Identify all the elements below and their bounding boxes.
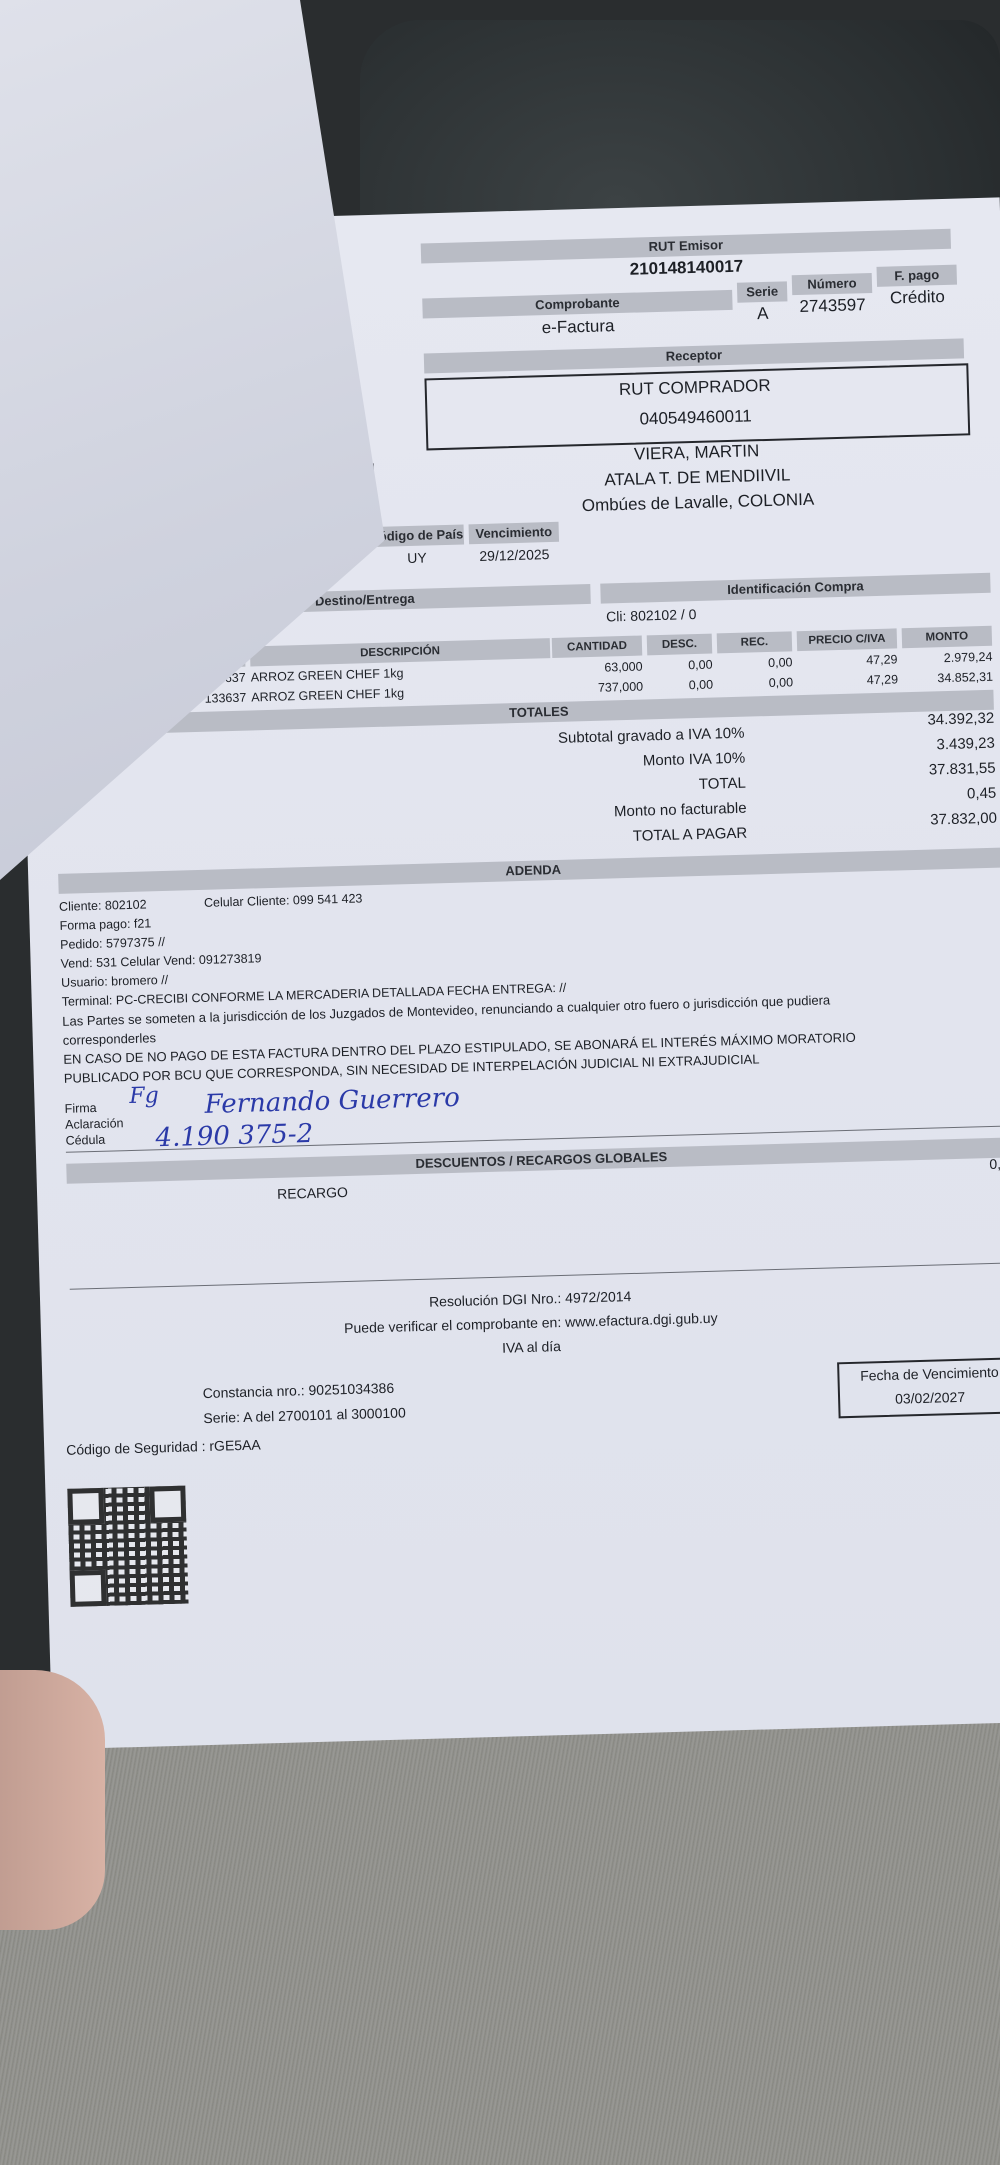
qr-code [67,1486,188,1607]
aclaracion-handwritten: Fernando Guerrero [204,1083,460,1120]
signature-scribble: Fg [129,1083,159,1109]
fpago-value: Crédito [877,287,958,309]
table-cell: 63,000 [552,660,642,677]
adenda-line: Vend: 531 Celular Vend: 091273819 [60,951,261,971]
codigo-seguridad: Código de Seguridad : rGE5AA [66,1436,261,1457]
fpago-header: F. pago [877,265,958,287]
rut-emisor-label: RUT Emisor [648,237,723,254]
total-value: 34.392,32 [824,710,994,732]
numero-header: Número [792,273,873,295]
recargo-label: RECARGO [277,1184,348,1202]
table-cell: ARROZ GREEN CHEF 1kg [251,682,551,704]
items-col-header: CANTIDAD [552,636,643,659]
vencimiento-header: Vencimiento [469,522,560,545]
recargo-value: 0,45 [936,1155,1000,1173]
table-cell: 737,000 [553,680,643,697]
total-label: Monto no facturable [446,800,746,825]
adenda-line: Usuario: bromero // [61,973,168,990]
compra-value: Cli: 802102 / 0 [606,606,697,625]
constancia: Constancia nro.: 90251034386 [202,1380,394,1401]
adenda-line: Cliente: 802102 [59,897,147,913]
serie-value: A [738,303,789,324]
footer-divider [70,1262,1000,1290]
table-cell: 0,00 [718,675,793,691]
vencimiento-value: 29/12/2025 [469,546,559,565]
numero-value: 2743597 [792,295,873,317]
total-label: TOTAL [446,775,746,800]
table-cell: ARROZ GREEN CHEF 1kg [251,662,551,684]
items-col-header: PRECIO C/IVA [797,628,898,651]
table-cell: 0,00 [647,658,712,674]
items-col-header: DESC. [647,634,713,656]
cedula-label: Cédula [65,1133,105,1148]
thumb [0,1670,105,1930]
table-cell: 47,29 [797,652,897,669]
aclaracion-label: Aclaración [65,1116,124,1132]
total-label: TOTAL A PAGAR [447,825,747,850]
total-value: 3.439,23 [825,735,995,757]
items-col-header: MONTO [902,626,993,649]
adenda-line: corresponderles [63,1030,157,1048]
firma-label: Firma [65,1101,97,1116]
serie-header: Serie [737,281,788,302]
adenda-line: Forma pago: f21 [59,916,151,933]
table-cell: 0,00 [648,678,713,694]
total-value: 0,45 [826,785,996,807]
adenda-header: ADENDA [58,847,1000,894]
table-cell: 0,00 [717,655,792,671]
total-label: Monto IVA 10% [445,750,745,775]
adenda-line: Pedido: 5797375 // [60,935,165,952]
table-cell: 47,29 [798,672,898,689]
table-cell: 2.979,24 [902,650,992,667]
items-col-header: REC. [717,631,793,653]
fabric-background [0,1700,1000,2165]
serie-rango: Serie: A del 2700101 al 3000100 [203,1404,406,1426]
codigo-pais-value: UY [369,548,464,567]
table-cell: 34.852,31 [903,670,993,687]
items-col-header: DESCRIPCIÓN [250,638,550,666]
celular-cliente: Celular Cliente: 099 541 423 [204,891,363,909]
total-label: Subtotal gravado a IVA 10% [444,725,744,750]
total-value: 37.831,55 [825,760,995,782]
compra-header: Identificación Compra [600,573,990,604]
total-value: 37.832,00 [827,810,997,832]
